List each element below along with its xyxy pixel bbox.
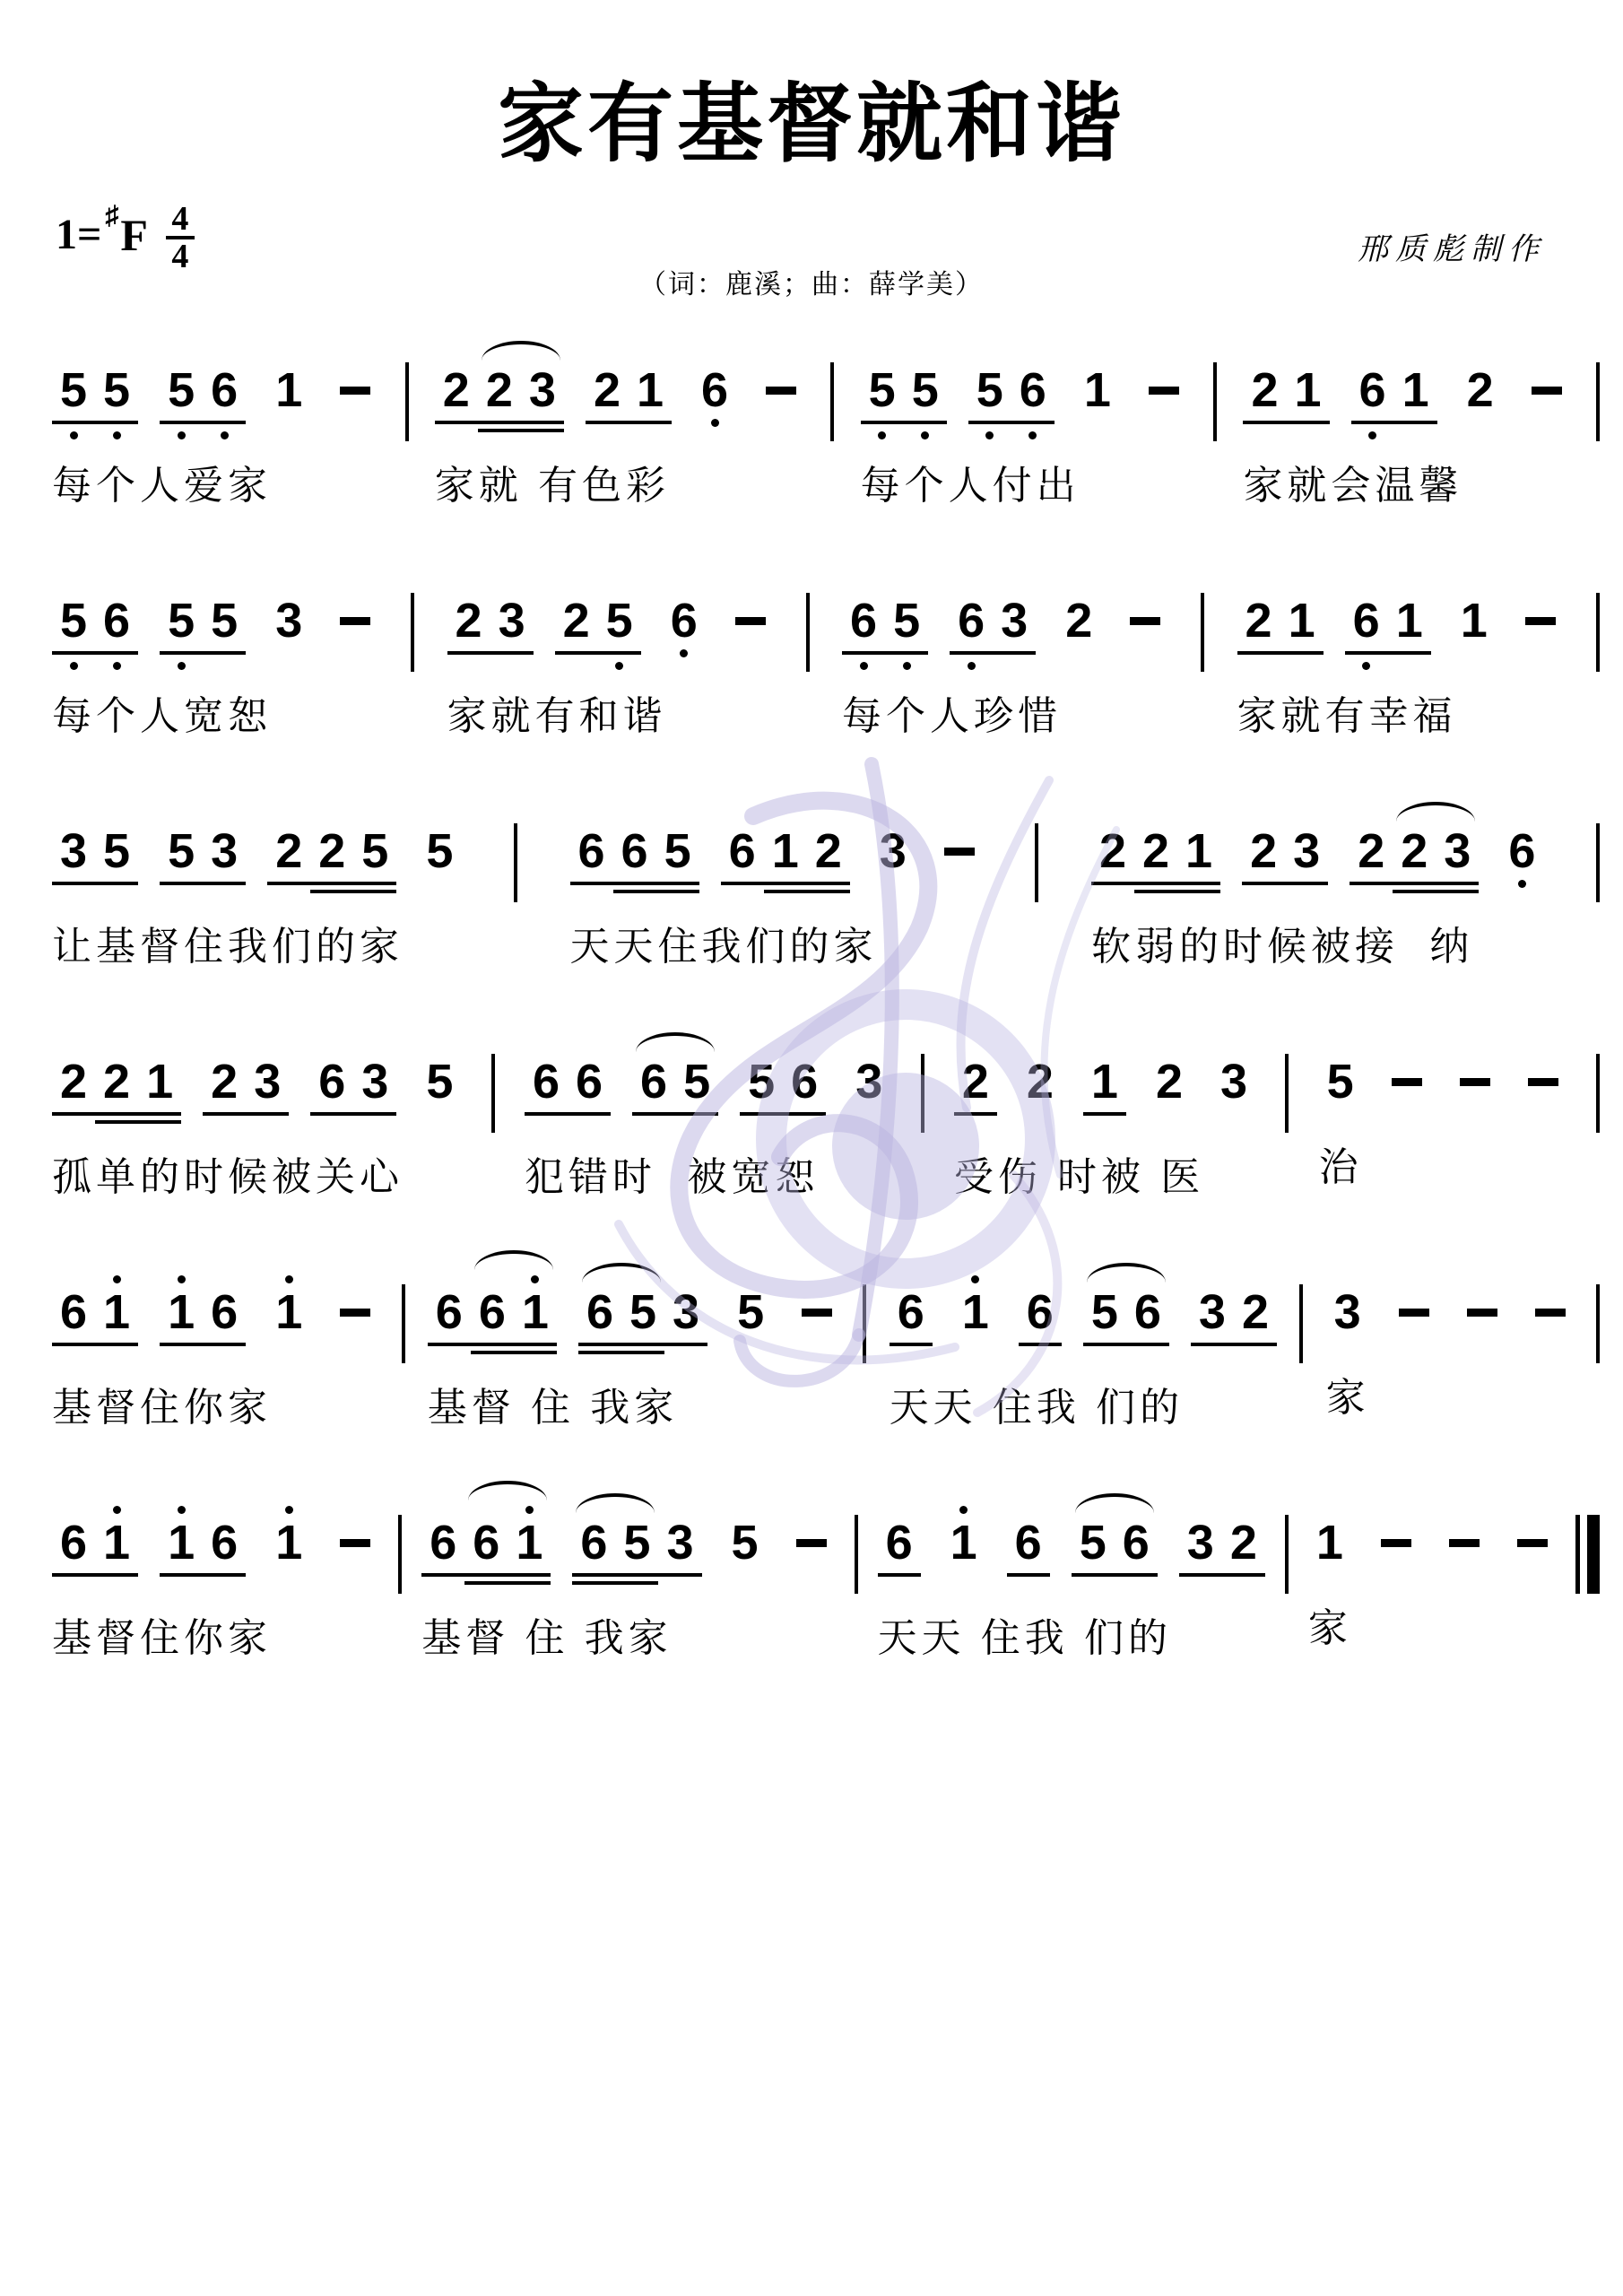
note-digit: 2 [563,596,590,645]
note-digit: 5 [893,596,920,645]
barline [1596,1284,1600,1363]
low-octave-dot [1518,880,1526,888]
measure: 22123受伤 时被 医 [954,1025,1255,1202]
beat-group: 3 [1326,1288,1369,1336]
note: 1 [95,1288,138,1336]
note-digit: 5 [426,1057,453,1106]
note-digit: 2 [318,827,345,875]
note: 2 [1350,827,1393,875]
low-octave-dot [680,649,688,657]
beat-group [332,1288,378,1317]
note: 1 [160,1518,203,1567]
beat-group: 221 [52,1057,181,1116]
beat-group: 6 [890,1288,933,1346]
barline [863,1284,866,1363]
note: 6 [1126,1288,1169,1336]
beat-group [936,827,983,856]
note-digit: 2 [1401,827,1428,875]
dash-note [1373,1518,1419,1547]
dash-note [758,366,804,395]
note-digit: 5 [1327,1057,1354,1106]
beat-group: 3 [1212,1057,1255,1106]
note: 5 [740,1057,783,1106]
note: 2 [52,1057,95,1106]
song-title: 家有基督就和谐 [0,56,1623,178]
dash-note [1523,366,1570,395]
beat-group [1391,1288,1437,1317]
barline [921,1054,924,1133]
note: 5 [353,827,396,875]
note: 5 [52,596,95,645]
note: 3 [658,1518,701,1567]
note-digit: 6 [473,1518,499,1567]
note-digit: 3 [499,596,525,645]
measure: 1家 [1308,1486,1556,1653]
beat-group: 3 [847,1057,890,1106]
beat-group: 56 [1072,1518,1158,1577]
note: 3 [872,827,915,875]
note: 3 [203,827,246,875]
beat-group [788,1518,835,1547]
dash-note [1122,596,1168,625]
barline [411,593,414,672]
note: 5 [95,827,138,875]
low-octave-dot [1028,431,1037,439]
note: 2 [1393,827,1436,875]
beat-group: 55 [52,366,138,424]
note-digit: 1 [1402,366,1429,414]
barline [514,823,517,902]
note-digit: 3 [1293,827,1320,875]
system-3: 35532255让基督住我们的家6656123天天住我们的家221232236软… [52,795,1600,971]
note-digit: 2 [486,366,513,414]
lyrics: 孤单的时候被关心 [52,1144,461,1202]
note: 1 [267,366,310,414]
low-octave-dot [178,431,186,439]
measure: 6616535基督 住 我家 [428,1256,840,1432]
note-digit: 2 [1027,1057,1054,1106]
beat-group: 65 [632,1057,718,1116]
note-digit: 6 [729,827,756,875]
low-octave-dot [178,662,186,670]
note: 5 [1319,1057,1362,1106]
beat-group: 23 [1242,827,1328,885]
beat-group [332,1518,378,1547]
sixteenth-beam [764,890,850,893]
high-octave-dot [178,1506,186,1514]
note-digit: 2 [1358,827,1384,875]
slur-arc [582,1263,661,1283]
low-octave-dot [860,662,868,670]
dash-note [332,1288,378,1317]
note: 3 [1179,1518,1222,1567]
low-octave-dot [70,431,78,439]
sixteenth-beam [464,1581,551,1585]
low-octave-dot [711,419,719,427]
note-digit: 3 [60,827,87,875]
sixteenth-beam [478,429,564,432]
note-digit: 6 [1027,1288,1054,1336]
note-digit: 6 [576,1057,603,1106]
note: 5 [729,1288,772,1336]
notes-row: 6165632 [890,1288,1277,1346]
note: 6 [525,1057,568,1106]
note-digit: 2 [1065,596,1092,645]
beat-group: 25 [555,596,641,655]
note-digit: 6 [533,1057,560,1106]
note: 6 [421,1518,464,1567]
dash-note [1527,1288,1574,1317]
beat-group: 5 [418,827,461,875]
score: 55561每个人爱家223216家就 有色彩55561每个人付出21612家就会… [52,334,1600,1717]
note-digit: 6 [1015,1518,1042,1567]
note-digit: 5 [623,1518,650,1567]
note-digit: 6 [578,827,605,875]
beat-group [1459,1288,1506,1317]
notes-row: 61161 [52,1288,378,1346]
note-digit: 6 [586,1288,613,1336]
dash-note [332,1518,378,1547]
note: 2 [1242,827,1285,875]
note-digit: 1 [522,1288,549,1336]
beat-group: 61 [52,1518,138,1577]
note-digit: 1 [962,1288,989,1336]
note: 3 [353,1057,396,1106]
notes-row: 6165632 [878,1518,1265,1577]
measure: 6165632天天 住我 们的 [878,1486,1265,1663]
lyrics: 家 [1308,1596,1556,1653]
note: 1 [95,1518,138,1567]
beat-group [758,366,804,395]
system-1: 55561每个人爱家223216家就 有色彩55561每个人付出21612家就会… [52,334,1600,510]
notes-row: 65632 [842,596,1168,655]
measure: 6656123天天住我们的家 [570,795,983,971]
dash-note [1441,1518,1488,1547]
final-barline-thick [1587,1515,1600,1594]
note-digit: 6 [580,1518,607,1567]
note-digit: 6 [436,1288,463,1336]
note-digit: 3 [1187,1518,1214,1567]
notes-row: 55561 [52,366,378,424]
beat-group: 63 [310,1057,396,1116]
dash-note [1391,1288,1437,1317]
sharp-accidental-icon: ♯ [105,203,118,230]
beat-group: 66 [525,1057,611,1116]
note-digit: 6 [1508,827,1535,875]
beat-group: 1 [267,1518,310,1567]
note: 3 [490,596,534,645]
beat-group: 55 [861,366,947,424]
note: 1 [1308,1518,1351,1567]
lyrics: 基督 住 我家 [428,1375,840,1432]
notes-row: 1 [1308,1518,1556,1567]
slur-arc [1087,1263,1166,1283]
note: 6 [568,1057,611,1106]
notes-row: 56553 [52,596,378,655]
high-octave-dot [525,1506,534,1514]
duration-dash [802,1309,832,1317]
duration-dash [1525,617,1556,625]
note-digit: 3 [1220,1057,1247,1106]
note: 5 [675,1057,718,1106]
note-digit: 2 [1230,1518,1257,1567]
dash-note [1520,1057,1567,1086]
barline [1596,593,1600,672]
note: 6 [632,1057,675,1106]
sixteenth-beam [95,1120,181,1124]
low-octave-dot [221,431,229,439]
beat-group: 1 [1308,1518,1351,1567]
beat-group [332,366,378,395]
note: 6 [950,596,993,645]
beat-group: 1 [942,1518,985,1567]
beat-group: 35 [52,827,138,885]
low-octave-dot [1362,662,1370,670]
note: 6 [572,1518,615,1567]
note: 5 [621,1288,664,1336]
beat-group: 55 [160,596,246,655]
beat-group: 665 [570,827,699,885]
measure: 56553每个人宽恕 [52,564,378,741]
note: 2 [954,1057,997,1106]
note-digit: 1 [168,1518,195,1567]
note: 5 [1072,1518,1115,1567]
note-digit: 5 [606,596,633,645]
beat-group: 61 [1345,596,1431,655]
note: 2 [586,366,629,414]
note-digit: 1 [275,1288,302,1336]
beat-group: 223 [435,366,564,424]
measure: 35532255让基督住我们的家 [52,795,461,971]
note: 1 [1177,827,1220,875]
note-digit: 3 [254,1057,281,1106]
note: 2 [267,827,310,875]
duration-dash [340,387,370,395]
low-octave-dot [113,431,121,439]
duration-dash [1381,1539,1411,1547]
barline [806,593,810,672]
note: 6 [471,1288,514,1336]
note-digit: 3 [880,827,907,875]
dash-note [1517,596,1564,625]
high-octave-dot [285,1506,293,1514]
notes-row: 223216 [435,366,804,424]
note: 5 [724,1518,767,1567]
note-digit: 2 [1245,596,1272,645]
low-octave-dot [1368,431,1376,439]
notes-row: 61161 [52,1518,378,1577]
beat-group: 653 [578,1288,707,1346]
note: 1 [138,1057,181,1106]
note: 6 [203,366,246,414]
note: 2 [555,596,598,645]
barline [405,362,409,441]
note-digit: 1 [1091,1057,1118,1106]
note-digit: 6 [898,1288,924,1336]
note-digit: 1 [146,1057,173,1106]
measure: 61161基督住你家 [52,1486,378,1663]
beat-group: 21 [1237,596,1324,655]
note: 6 [464,1518,508,1567]
note: 5 [885,596,928,645]
note: 5 [52,366,95,414]
beat-group: 1 [1453,596,1496,645]
note-digit: 2 [1242,1288,1269,1336]
lyrics: 基督住你家 [52,1375,378,1432]
duration-dash [1528,1078,1558,1086]
dash-note [332,596,378,625]
note: 6 [783,1057,826,1106]
note-digit: 5 [60,596,87,645]
beat-group [1452,1057,1498,1086]
note-digit: 5 [1080,1518,1107,1567]
note: 3 [521,366,564,414]
note: 1 [514,1288,557,1336]
beat-group: 3 [872,827,915,875]
note-digit: 1 [1316,1518,1343,1567]
note: 2 [1148,1057,1191,1106]
note: 6 [878,1518,921,1567]
note-digit: 2 [60,1057,87,1106]
note: 3 [1436,827,1479,875]
beat-group: 223 [1350,827,1479,885]
measure: 55561每个人付出 [861,334,1187,510]
lyrics: 每个人宽恕 [52,683,378,741]
duration-dash [1460,1078,1490,1086]
lyrics: 治 [1319,1135,1567,1192]
note: 6 [1007,1518,1050,1567]
beat-group [1384,1057,1430,1086]
dash-note [332,366,378,395]
beat-group [332,596,378,625]
final-barline-thin [1575,1515,1580,1594]
lyrics: 基督住你家 [52,1605,378,1663]
note-digit: 5 [683,1057,710,1106]
lyrics: 每个人付出 [861,453,1187,510]
barline [1285,1054,1289,1133]
note: 1 [954,1288,997,1336]
note-digit: 2 [1250,827,1277,875]
final-barline [1575,1515,1600,1594]
lyrics: 家就会温馨 [1243,453,1569,510]
note: 3 [1191,1288,1234,1336]
note-digit: 5 [737,1288,764,1336]
note: 3 [246,1057,289,1106]
notes-row: 22123635 [52,1057,461,1116]
beat-group: 6 [693,366,736,414]
note-digit: 6 [621,827,648,875]
low-octave-dot [968,662,976,670]
duration-dash [1467,1309,1497,1317]
note: 1 [1453,596,1496,645]
note: 5 [160,596,203,645]
note-digit: 2 [1467,366,1494,414]
note: 5 [95,366,138,414]
beat-group: 661 [428,1288,557,1346]
lyrics: 家就有幸福 [1237,683,1564,741]
dash-note [727,596,774,625]
slur-arc [468,1481,547,1500]
measures-row: 55561每个人爱家223216家就 有色彩55561每个人付出21612家就会… [52,334,1600,510]
note: 3 [847,1057,890,1106]
low-octave-dot [70,662,78,670]
note: 6 [52,1288,95,1336]
barline [402,1284,405,1363]
note-digit: 6 [211,1288,238,1336]
note: 5 [615,1518,658,1567]
barline [1213,362,1217,441]
note: 6 [1011,366,1055,414]
barline [1596,362,1600,441]
note-digit: 3 [275,596,302,645]
duration-dash [340,1539,370,1547]
note: 6 [721,827,764,875]
system-2: 56553每个人宽恕23256家就有和谐65632每个人珍惜21611家就有幸福 [52,564,1600,741]
duration-dash [1532,387,1562,395]
note: 6 [613,827,656,875]
beat-group: 2 [1057,596,1100,645]
beat-group: 6 [1500,827,1543,875]
duration-dash [340,617,370,625]
note: 1 [764,827,807,875]
note-digit: 5 [1091,1288,1118,1336]
note-digit: 3 [1444,827,1471,875]
sixteenth-beam [1134,890,1220,893]
note: 6 [95,596,138,645]
note: 3 [993,596,1036,645]
note: 3 [664,1288,707,1336]
note-digit: 6 [640,1057,667,1106]
note-digit: 5 [748,1057,775,1106]
note-digit: 6 [1123,1518,1150,1567]
note-digit: 1 [275,366,302,414]
note-digit: 6 [60,1288,87,1336]
beat-group: 32 [1179,1518,1265,1577]
note: 5 [861,366,904,414]
beat-group: 3 [267,596,310,645]
note: 1 [1394,366,1437,414]
beat-group: 1 [1083,1057,1126,1116]
note: 2 [478,366,521,414]
beat-group: 6 [878,1518,921,1577]
note: 1 [267,1288,310,1336]
note: 6 [570,827,613,875]
measure: 23256家就有和谐 [447,564,774,741]
duration-dash [1130,617,1160,625]
note: 3 [52,827,95,875]
note-digit: 6 [850,596,877,645]
lyrics: 基督 住 我家 [421,1605,834,1663]
measure: 61161基督住你家 [52,1256,378,1432]
beat-group: 21 [1243,366,1329,424]
slur-arc [636,1032,715,1052]
note-digit: 2 [1099,827,1126,875]
note-digit: 2 [211,1057,238,1106]
note-digit: 6 [1353,596,1380,645]
note: 2 [1134,827,1177,875]
note-digit: 5 [976,366,1003,414]
slur-arc [1396,802,1475,822]
sixteenth-beam [1393,890,1479,893]
note: 3 [1285,827,1328,875]
slur-arc [1075,1493,1154,1513]
barline [1285,1515,1289,1594]
duration-dash [1392,1078,1422,1086]
beat-group: 2 [954,1057,997,1116]
measures-row: 56553每个人宽恕23256家就有和谐65632每个人珍惜21611家就有幸福 [52,564,1600,741]
beat-group [1122,596,1168,625]
dash-note [1509,1518,1556,1547]
